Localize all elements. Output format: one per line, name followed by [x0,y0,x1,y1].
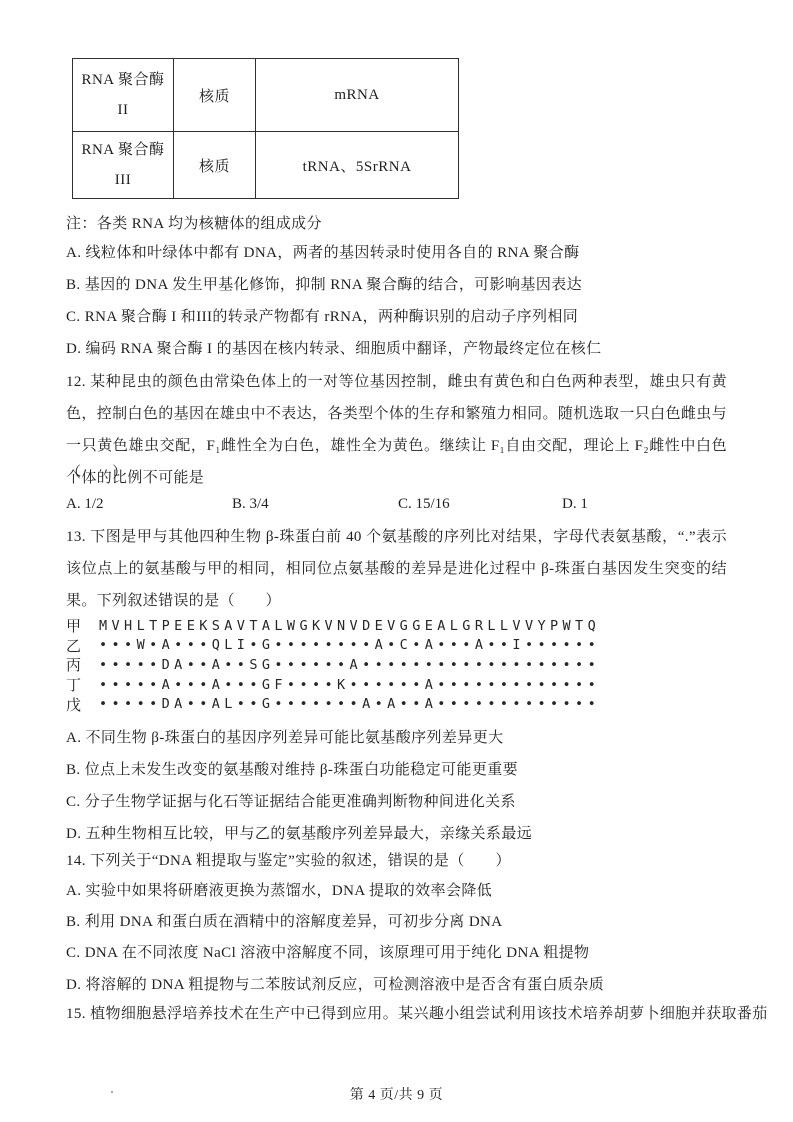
table-note: 注：各类 RNA 均为核糖体的组成成分 [66,214,322,234]
enzyme-numeral: III [73,165,173,195]
cell-location: 核质 [174,59,256,132]
alignment-label: 甲 [66,615,86,636]
cell-enzyme: RNA 聚合酶 II [73,59,174,132]
table-row: RNA 聚合酶 II 核质 mRNA [73,59,459,132]
alignment-row: 乙 •••W•A•••QLI•G••••••••A•C•A•••A••I••••… [66,636,600,656]
q13-option-b: B. 位点上未发生改变的氨基酸对维持 β-珠蛋白功能稳定可能更重要 [66,760,518,780]
alignment-sequence: •••••DA••A••SG••••••A••••••••••••••••••• [99,657,600,673]
q13-stem: 13. 下图是甲与其他四种生物 β-珠蛋白前 40 个氨基酸的序列比对结果，字母… [66,521,727,617]
q14-stem: 14. 下列关于“DNA 粗提取与鉴定”实验的叙述，错误的是（ ） [66,851,511,871]
q11-option-d: D. 编码 RNA 聚合酶 I 的基因在核内转录、细胞质中翻译，产物最终定位在核… [66,339,602,359]
q12-option-a: A. 1/2 [66,494,232,514]
q14-option-c: C. DNA 在不同浓度 NaCl 溶液中溶解度不同，该原理可用于纯化 DNA … [66,943,589,963]
alignment-row: 甲 MVHLTPEEKSAVTALWGKVNVDEVGGEALGRLLVVYPW… [66,616,600,636]
q11-option-b: B. 基因的 DNA 发生甲基化修饰，抑制 RNA 聚合酶的结合，可影响基因表达 [66,275,582,295]
alignment-row: 戊 •••••DA••AL••G•••••••A•A••A•••••••••••… [66,694,600,714]
enzyme-name: RNA 聚合酶 [73,135,173,165]
q12-stem-parentheses: （ ） [66,463,128,483]
q12-stem: 12. 某种昆虫的颜色由常染色体上的一对等位基因控制，雌虫有黄色和白色两种表型，… [66,366,727,494]
q12-option-b: B. 3/4 [232,494,398,514]
cell-location: 核质 [174,132,256,199]
q13-option-d: D. 五种生物相互比较，甲与乙的氨基酸序列差异最大，亲缘关系最远 [66,824,532,844]
q12-option-c: C. 15/16 [398,494,562,514]
q14-option-b: B. 利用 DNA 和蛋白质在酒精中的溶解度差异，可初步分离 DNA [66,912,503,932]
cell-product: tRNA、5SrRNA [256,132,459,199]
alignment-sequence: •••••A•••A•••GF••••K••••••A••••••••••••• [99,677,600,693]
alignment-row: 丁 •••••A•••A•••GF••••K••••••A•••••••••••… [66,675,600,695]
cell-enzyme: RNA 聚合酶 III [73,132,174,199]
q11-option-c: C. RNA 聚合酶 I 和III的转录产物都有 rRNA，两种酶识别的启动子序… [66,307,578,327]
alignment-label: 戊 [66,694,86,715]
q12-option-d: D. 1 [562,494,588,514]
alignment-row: 丙 •••••DA••A••SG••••••A•••••••••••••••••… [66,655,600,675]
rna-polymerase-table: RNA 聚合酶 II 核质 mRNA RNA 聚合酶 III 核质 tRNA、5… [72,58,459,199]
cell-product: mRNA [256,59,459,132]
q11-option-a: A. 线粒体和叶绿体中都有 DNA，两者的基因转录时使用各自的 RNA 聚合酶 [66,243,580,263]
q13-option-c: C. 分子生物学证据与化石等证据结合能更准确判断物种间进化关系 [66,792,516,812]
exam-page: RNA 聚合酶 II 核质 mRNA RNA 聚合酶 III 核质 tRNA、5… [0,0,793,1122]
alignment-label: 乙 [66,635,86,656]
q14-option-d: D. 将溶解的 DNA 粗提物与二苯胺试剂反应，可检测溶液中是否含有蛋白质杂质 [66,975,604,995]
table-row: RNA 聚合酶 III 核质 tRNA、5SrRNA [73,132,459,199]
page-number-footer: 第 4 页/共 9 页 [0,1084,793,1104]
alignment-sequence: •••••DA••AL••G•••••••A•A••A••••••••••••• [99,696,600,712]
q12-options-row: A. 1/2 B. 3/4 C. 15/16 D. 1 [66,494,588,514]
alignment-label: 丁 [66,674,86,695]
q13-option-a: A. 不同生物 β-珠蛋白的基因序列差异可能比氨基酸序列差异更大 [66,728,504,748]
enzyme-numeral: II [73,95,173,125]
q15-stem: 15. 植物细胞悬浮培养技术在生产中已得到应用。某兴趣小组尝试利用该技术培养胡萝… [66,1004,768,1024]
alignment-sequence: •••W•A•••QLI•G••••••••A•C•A•••A••I•••••• [99,637,600,653]
q13-sequence-alignment: 甲 MVHLTPEEKSAVTALWGKVNVDEVGGEALGRLLVVYPW… [66,616,600,714]
q14-option-a: A. 实验中如果将研磨液更换为蒸馏水，DNA 提取的效率会降低 [66,881,492,901]
alignment-label: 丙 [66,654,86,675]
enzyme-name: RNA 聚合酶 [73,65,173,95]
alignment-sequence: MVHLTPEEKSAVTALWGKVNVDEVGGEALGRLLVVYPWTQ [99,618,600,634]
